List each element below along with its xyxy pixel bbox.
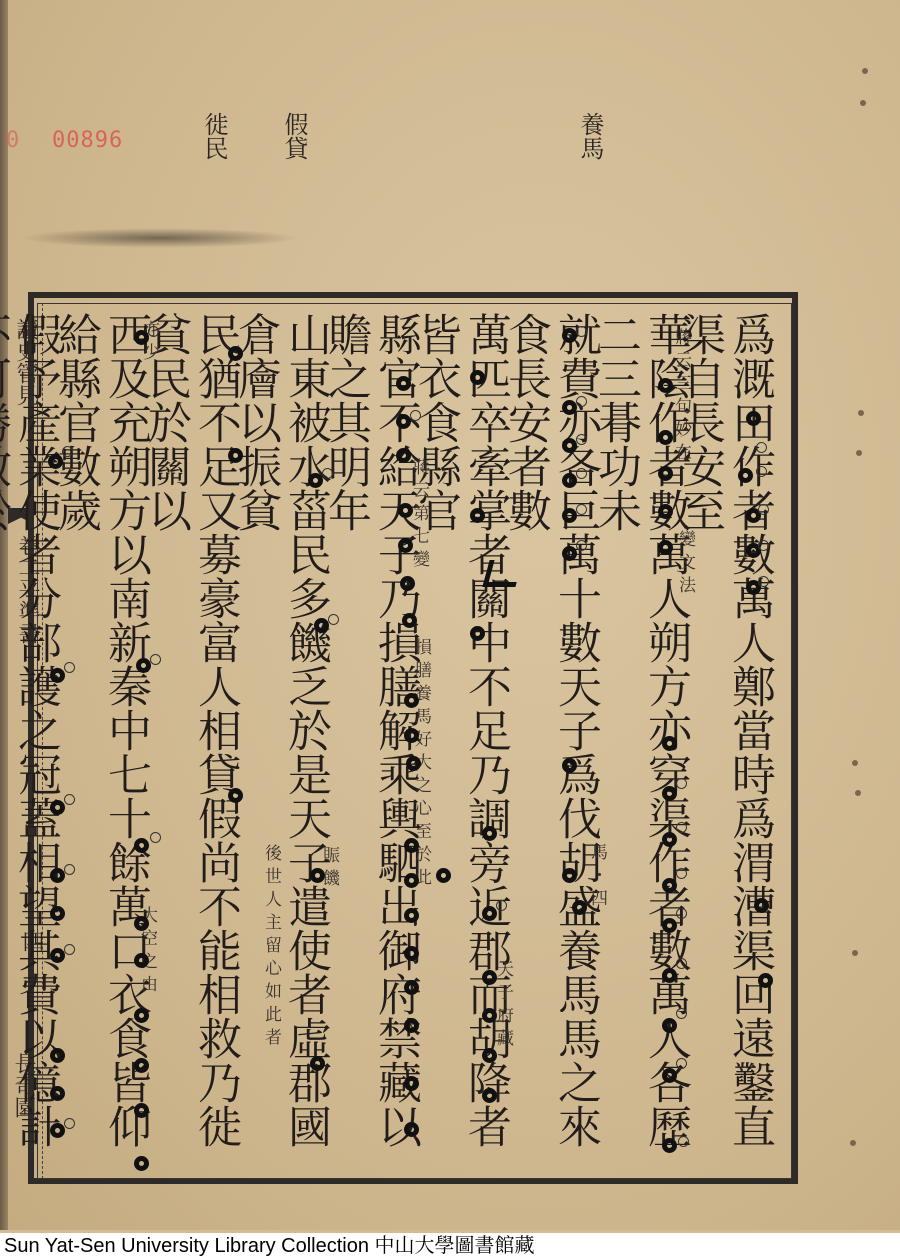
column-text: 假予產業使者分部護之冠蓋相望其費以億計不可勝數於 <box>0 312 60 1174</box>
commentary-zhenji: 賑饑 <box>320 846 338 892</box>
text-column-6: 山東被水菑民多饑乏於是天子遣使者虛郡國倉廥以振貧 賑饑 後世人主留心如此者 <box>258 308 348 1174</box>
text-column-7: 民猶不足又募豪富人相貸假尚不能相救乃徙貧民於關以 <box>168 308 258 1174</box>
commentary-ma-si: 馬・四 <box>588 843 606 912</box>
library-credit: Sun Yat-Sen University Library Collectio… <box>0 1233 900 1259</box>
text-column-9: 假予產業使者分部護之冠蓋相望其費以億計不可勝數於 <box>0 308 78 1174</box>
commentary-dakong: 大空之由 <box>138 906 156 998</box>
text-column-2: 華陰作者數萬人朔方亦穿渠作者數萬人各歷二三朞功未 蔣云三句妙在 變文法 <box>618 308 708 1174</box>
commentary-jiang: 蔣云三句妙在 <box>672 328 690 466</box>
text-column-3: 就費亦各巨萬十數天子爲伐胡盛養馬馬之來食長安者數 馬・四 <box>528 308 618 1174</box>
book-page: 0 00896 養馬 假貸 徙民 讀史管見 卷二平準書 四 長奇園 爲溉田作者數… <box>0 0 900 1230</box>
heading-yangma: 養馬 <box>578 112 602 160</box>
ink-smudge <box>20 228 300 248</box>
text-column-5: 縣官不給天子乃損膳解乘輿駟出御府禁藏以贍之其明年 蔣云第七變 損膳養馬好大之心至… <box>348 308 438 1174</box>
text-column-1: 爲溉田作者數萬人鄭當時爲渭漕渠回遠鑿直渠自長安至 <box>708 308 792 1174</box>
commentary-houshi: 後世人主留心如此者 <box>262 844 280 1051</box>
catalog-stamp: 00896 <box>52 128 123 153</box>
commentary-bianwenfa: 變文法 <box>676 530 694 599</box>
heading-jiadai: 假貸 <box>282 112 306 160</box>
text-columns: 爲溉田作者數萬人鄭當時爲渭漕渠回遠鑿直渠自長安至 華陰作者數萬人朔方亦穿渠作者數… <box>48 308 792 1174</box>
partial-stamp: 0 <box>6 128 19 153</box>
heading-xumin: 徙民 <box>202 112 226 160</box>
commentary-jiang-diqibian: 蔣云第七變 <box>410 458 428 573</box>
text-column-8: 西及充朔方以南新秦中七十餘萬口衣食皆仰給縣官數歲 亦少 大空之由 <box>78 308 168 1174</box>
commentary-sunshan: 損膳養馬好大之心至於此 <box>412 638 430 891</box>
text-column-4: 萬匹卒牽掌者關中不足乃調旁近郡而胡降者皆衣食縣官 天子府藏 <box>438 308 528 1174</box>
commentary-tianzi-fuzang: 天子府藏 <box>494 960 512 1052</box>
commentary-yishao: 亦少 <box>140 320 158 366</box>
